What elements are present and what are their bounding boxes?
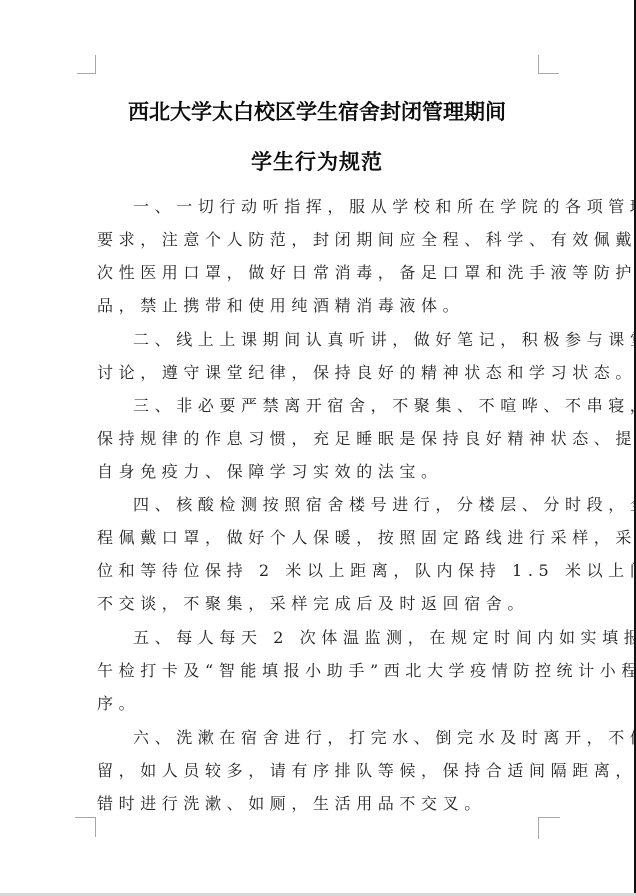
paragraph-line: 留，如人员较多，请有序排队等候，保持合适间隔距离，或	[97, 759, 541, 783]
paragraph-line: 位和等待位保持 2 米以上距离，队内保持 1.5 米以上间隔，	[97, 559, 541, 583]
paragraph-line: 午检打卡及“智能填报小助手”西北大学疫情防控统计小程	[97, 659, 541, 683]
paragraph-line: 要求，注意个人防范，封闭期间应全程、科学、有效佩戴一	[97, 228, 541, 252]
paragraph-line: 四、核酸检测按照宿舍楼号进行，分楼层、分时段，全	[133, 493, 577, 517]
paragraph-line: 一、一切行动听指挥，服从学校和所在学院的各项管理	[133, 195, 577, 219]
document-title-line-2: 学生行为规范	[0, 149, 634, 175]
paragraph-line: 次性医用口罩，做好日常消毒，备足口罩和洗手液等防护用	[97, 261, 541, 285]
paragraph-line: 讨论，遵守课堂纪律，保持良好的精神状态和学习状态。	[97, 361, 541, 385]
paragraph-line: 错时进行洗漱、如厕，生活用品不交叉。	[97, 792, 541, 816]
corner-mark-bottom-right-horizontal	[538, 817, 560, 818]
paragraph-line: 品，禁止携带和使用纯酒精消毒液体。	[97, 294, 541, 318]
paragraph-line: 六、洗漱在宿舍进行，打完水、倒完水及时离开，不停	[133, 726, 577, 750]
paragraph-line: 三、非必要严禁离开宿舍，不聚集、不喧哗、不串寝，	[133, 394, 577, 418]
paragraph-line: 程佩戴口罩，做好个人保暖，按照固定路线进行采样，采样	[97, 526, 541, 550]
paragraph-line: 二、线上上课期间认真听讲，做好笔记，积极参与课堂	[133, 328, 577, 352]
corner-mark-bottom-right-vertical	[538, 817, 539, 839]
corner-mark-bottom-left-vertical	[95, 817, 96, 837]
paragraph-line: 自身免疫力、保障学习实效的法宝。	[97, 460, 541, 484]
corner-mark-bottom-left-horizontal	[75, 817, 96, 818]
corner-mark-top-right-horizontal	[538, 73, 559, 74]
corner-mark-top-right-vertical	[538, 55, 539, 74]
paragraph-line: 序。	[97, 692, 541, 716]
document-page: 西北大学太白校区学生宿舍封闭管理期间 学生行为规范 一、一切行动听指挥，服从学校…	[0, 0, 634, 893]
paragraph-line: 不交谈，不聚集，采样完成后及时返回宿舍。	[97, 592, 541, 616]
corner-mark-top-left-vertical	[95, 55, 96, 74]
corner-mark-top-left-horizontal	[77, 73, 96, 74]
paragraph-line: 保持规律的作息习惯，充足睡眠是保持良好精神状态、提高	[97, 427, 541, 451]
paragraph-line: 五、每人每天 2 次体温监测，在规定时间内如实填报晨	[133, 626, 577, 650]
document-title-line-1: 西北大学太白校区学生宿舍封闭管理期间	[0, 99, 634, 125]
